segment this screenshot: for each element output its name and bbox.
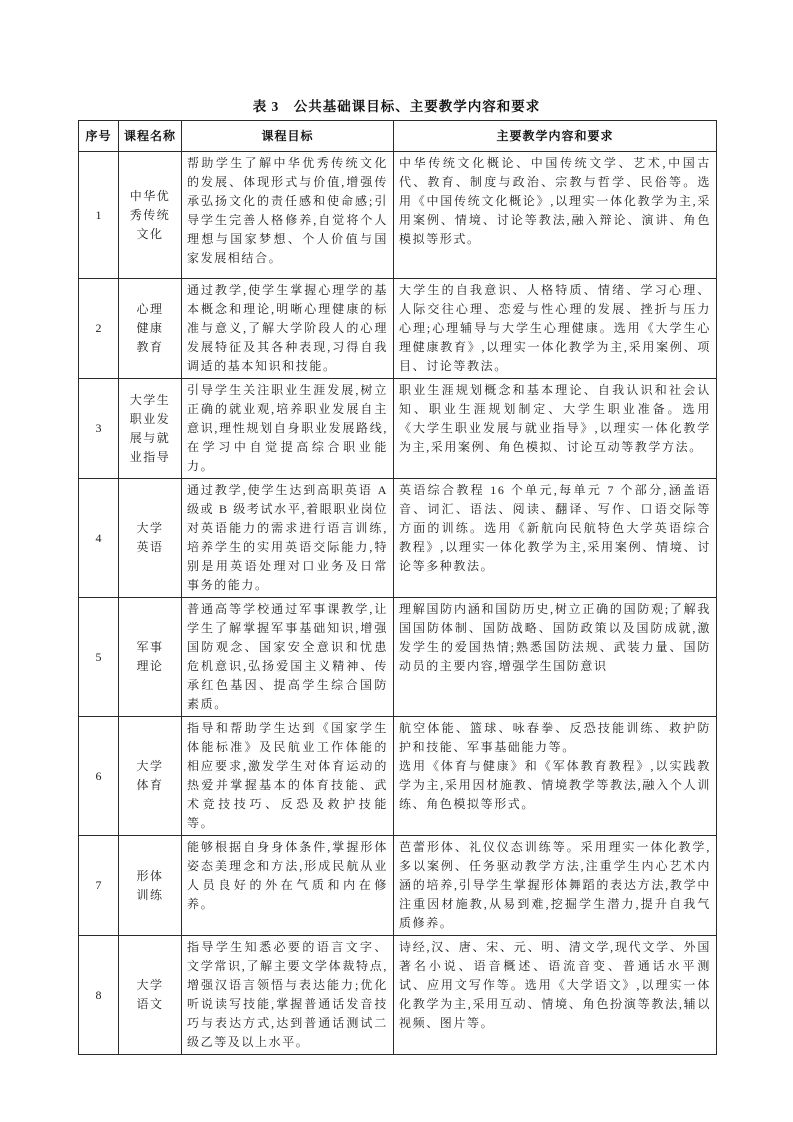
row-no: 7 xyxy=(79,836,119,936)
table-header-row: 序号 课程名称 课程目标 主要教学内容和要求 xyxy=(79,121,717,152)
table-row: 2 心理 健康 教育 通过教学,使学生掌握心理学的基本概念和理论,明晰心理健康的… xyxy=(79,279,717,379)
teaching-content: 理解国防内涵和国防历史,树立正确的国防观;了解我国国防体制、国防战略、国防政策以… xyxy=(394,598,717,717)
teaching-content: 大学生的自我意识、人格特质、情绪、学习心理、人际交往心理、恋爱与性心理的发展、挫… xyxy=(394,279,717,379)
course-name: 大学生 职业发 展与就 业指导 xyxy=(119,379,182,479)
course-goal: 普通高等学校通过军事课教学,让学生了解掌握军事基础知识,增强国防观念、国家安全意… xyxy=(182,598,394,717)
table-caption: 表 3 公共基础课目标、主要教学内容和要求 xyxy=(0,95,793,115)
teaching-content: 航空体能、篮球、咏春拳、反恐技能训练、救护防护和技能、军事基础能力等。 选用《体… xyxy=(394,717,717,836)
teaching-content: 职业生涯规划概念和基本理论、自我认识和社会认知、职业生涯规划制定、大学生职业准备… xyxy=(394,379,717,479)
document-page: 表 3 公共基础课目标、主要教学内容和要求 序号 课程名称 课程目标 主要教学内… xyxy=(0,0,793,1122)
teaching-content: 诗经,汉、唐、宋、元、明、清文学,现代文学、外国著名小说、语音概述、语流音变、普… xyxy=(394,936,717,1055)
course-name: 中华优 秀传统 文化 xyxy=(119,152,182,279)
table-row: 1 中华优 秀传统 文化 帮助学生了解中华优秀传统文化的发展、体现形式与价值,增… xyxy=(79,152,717,279)
row-no: 3 xyxy=(79,379,119,479)
header-no: 序号 xyxy=(79,121,119,152)
course-name: 大学 体育 xyxy=(119,717,182,836)
row-no: 1 xyxy=(79,152,119,279)
course-name: 军事 理论 xyxy=(119,598,182,717)
header-teaching-content: 主要教学内容和要求 xyxy=(394,121,717,152)
course-name: 大学 语文 xyxy=(119,936,182,1055)
table-row: 3 大学生 职业发 展与就 业指导 引导学生关注职业生涯发展,树立正确的就业观,… xyxy=(79,379,717,479)
teaching-content: 英语综合教程 16 个单元,每单元 7 个部分,涵盖语音、词汇、语法、阅读、翻译… xyxy=(394,479,717,598)
table-row: 8 大学 语文 指导学生知悉必要的语言文字、文学常识,了解主要文学体裁特点,增强… xyxy=(79,936,717,1055)
row-no: 2 xyxy=(79,279,119,379)
course-goal: 引导学生关注职业生涯发展,树立正确的就业观,培养职业发展自主意识,理性规划自身职… xyxy=(182,379,394,479)
course-name: 心理 健康 教育 xyxy=(119,279,182,379)
course-goal: 指导学生知悉必要的语言文字、文学常识,了解主要文学体裁特点,增强汉语言领悟与表达… xyxy=(182,936,394,1055)
course-goal: 能够根据自身身体条件,掌握形体姿态美理念和方法,形成民航从业人员良好的外在气质和… xyxy=(182,836,394,936)
teaching-content: 芭蕾形体、礼仪仪态训练等。采用理实一体化教学,多以案例、任务驱动教学方法,注重学… xyxy=(394,836,717,936)
table-row: 6 大学 体育 指导和帮助学生达到《国家学生体能标准》及民航业工作体能的相应要求… xyxy=(79,717,717,836)
course-name: 大学 英语 xyxy=(119,479,182,598)
header-course-goal: 课程目标 xyxy=(182,121,394,152)
row-no: 4 xyxy=(79,479,119,598)
course-goal: 通过教学,使学生达到高职英语 A 级或 B 级考试水平,着眼职业岗位对英语能力的… xyxy=(182,479,394,598)
table-row: 7 形体 训练 能够根据自身身体条件,掌握形体姿态美理念和方法,形成民航从业人员… xyxy=(79,836,717,936)
course-table: 序号 课程名称 课程目标 主要教学内容和要求 1 中华优 秀传统 文化 帮助学生… xyxy=(78,120,717,1055)
course-name: 形体 训练 xyxy=(119,836,182,936)
teaching-content: 中华传统文化概论、中国传统文学、艺术,中国古代、教育、制度与政治、宗教与哲学、民… xyxy=(394,152,717,279)
table-row: 4 大学 英语 通过教学,使学生达到高职英语 A 级或 B 级考试水平,着眼职业… xyxy=(79,479,717,598)
course-goal: 指导和帮助学生达到《国家学生体能标准》及民航业工作体能的相应要求,激发学生对体育… xyxy=(182,717,394,836)
course-goal: 帮助学生了解中华优秀传统文化的发展、体现形式与价值,增强传承弘扬文化的责任感和使… xyxy=(182,152,394,279)
header-course-name: 课程名称 xyxy=(119,121,182,152)
course-goal: 通过教学,使学生掌握心理学的基本概念和理论,明晰心理健康的标准与意义,了解大学阶… xyxy=(182,279,394,379)
row-no: 8 xyxy=(79,936,119,1055)
table-row: 5 军事 理论 普通高等学校通过军事课教学,让学生了解掌握军事基础知识,增强国防… xyxy=(79,598,717,717)
row-no: 6 xyxy=(79,717,119,836)
row-no: 5 xyxy=(79,598,119,717)
